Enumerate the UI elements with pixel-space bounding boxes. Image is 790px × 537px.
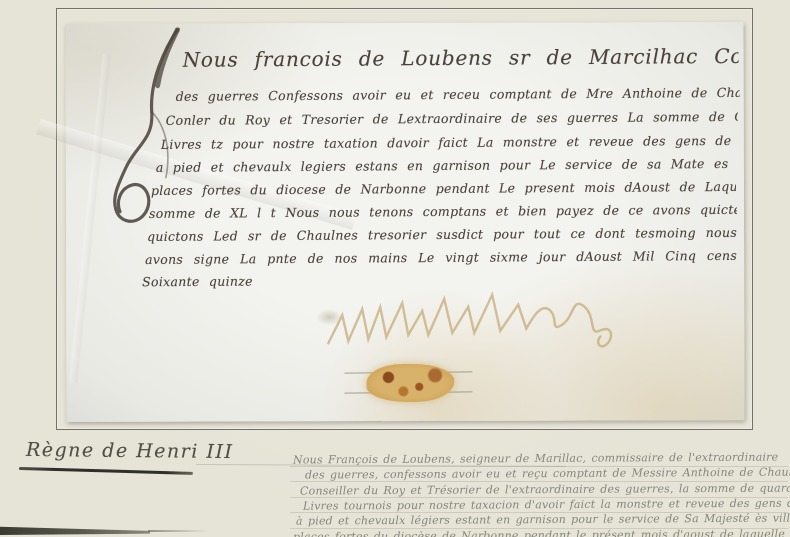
caption-regne: Règne de Henri III (26, 439, 234, 463)
next-frame-corner (148, 530, 208, 532)
transcription-line: Nous François de Loubens, seigneur de Ma… (293, 451, 778, 467)
manuscript-line: quictons Led sr de Chaulnes tresorier su… (147, 226, 737, 244)
manuscript-line: a pied et chevaulx legiers estans en gar… (156, 157, 736, 175)
manuscript-line: Nous francois de Loubens sr de Marcilhac… (183, 45, 739, 71)
manuscript-line: des guerres Confessons avoir eu et receu… (176, 86, 740, 104)
wax-seal-fragment (366, 364, 454, 402)
album-page: { "caption": { "text": "Règne de Henri I… (0, 0, 790, 537)
manuscript-line: Conler du Roy et Tresorier de Lextraordi… (166, 110, 738, 128)
caption-underline (19, 467, 193, 474)
next-frame-corner (0, 524, 150, 535)
manuscript-line: avons signe La pnte de nos mains Le ving… (145, 249, 737, 267)
paper-crease (69, 54, 111, 383)
transcription-line: Conseiller du Roy et Trésorier de l'extr… (300, 481, 790, 497)
manuscript-line: places fortes du diocese de Narbonne pen… (151, 180, 736, 198)
transcription-line: Livres tournois pour nostre taxacion d'a… (303, 496, 790, 512)
transcription-line: des guerres, confessons avoir eu et reçu… (305, 465, 790, 481)
manuscript-paper: Nous francois de Loubens sr de Marcilhac… (65, 22, 744, 422)
manuscript-line: Livres tz pour nostre taxation davoir fa… (161, 134, 738, 152)
transcription-line: à pied et chevaulx légiers estant en gar… (296, 511, 790, 527)
manuscript-line: somme de XL l t Nous nous tenons comptan… (149, 203, 737, 221)
faded-signature (322, 284, 632, 355)
